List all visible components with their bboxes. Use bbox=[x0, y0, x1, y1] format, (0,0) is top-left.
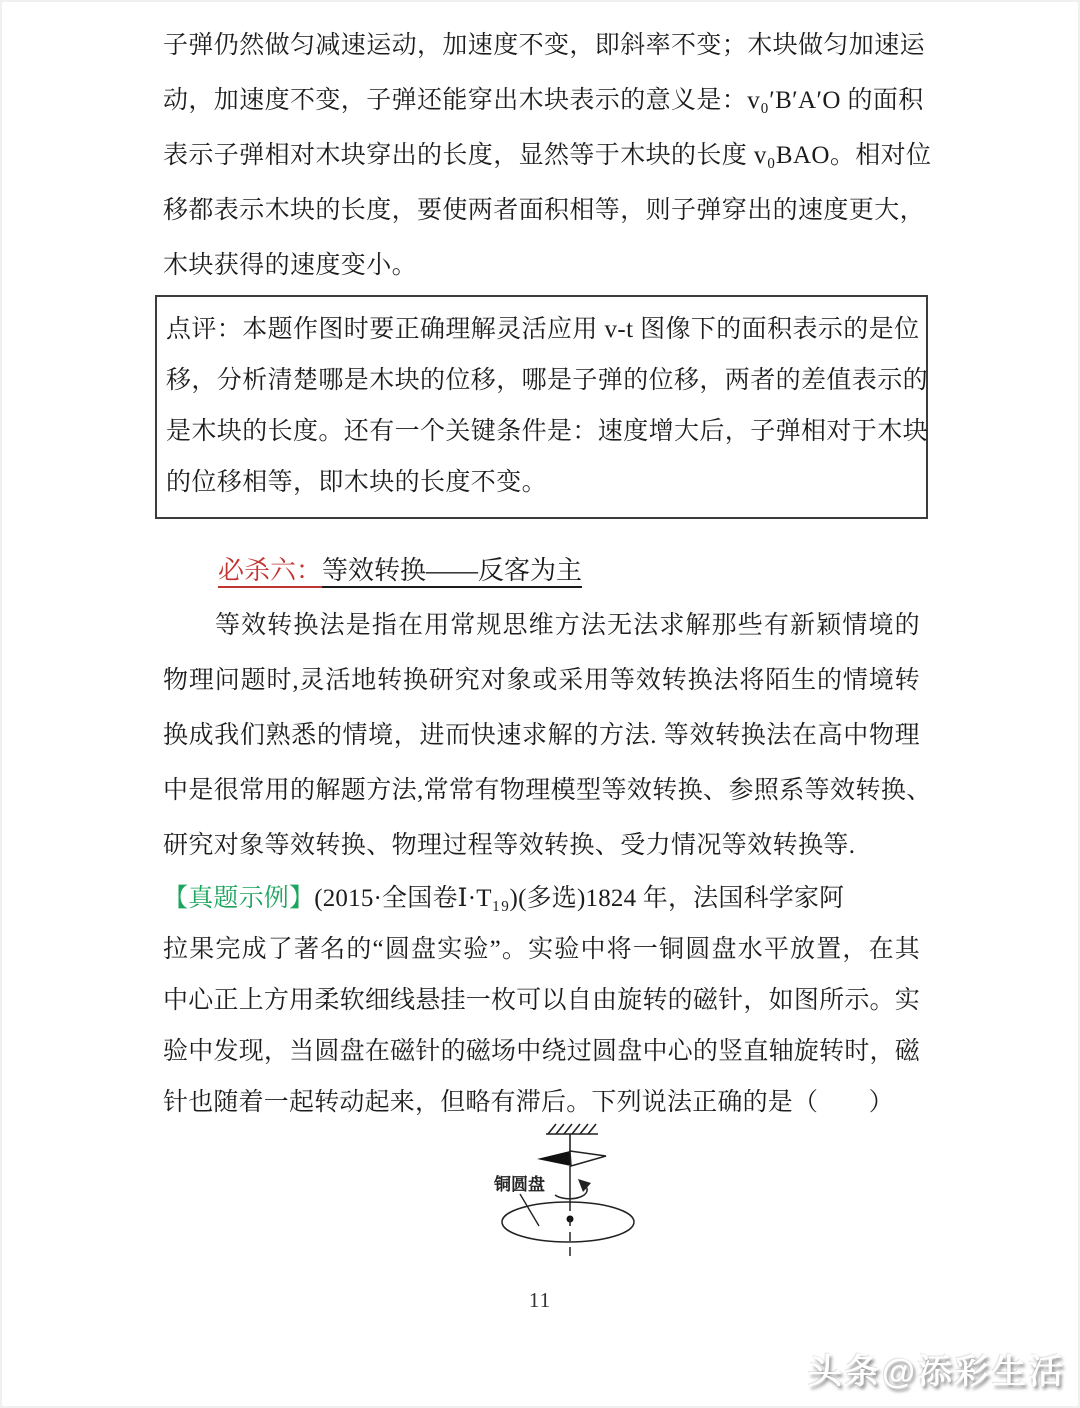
exam-example: 【真题示例】(2015·全国卷Ⅰ·T₁₉)(多选)1824 年，法国科学家阿 拉… bbox=[163, 873, 920, 1128]
text-line: 子弹仍然做匀减速运动，加速度不变，即斜率不变；木块做匀加速运 bbox=[163, 18, 920, 73]
text-line: 中心正上方用柔软细线悬挂一枚可以自由旋转的磁针，如图所示。实 bbox=[163, 975, 920, 1026]
section-heading: 必杀六：等效转换——反客为主 bbox=[163, 543, 920, 598]
document-page: 子弹仍然做匀减速运动，加速度不变，即斜率不变；木块做匀加速运动，加速度不变，子弹… bbox=[0, 0, 1080, 1408]
experiment-figure: 铜圆盘 bbox=[440, 1118, 720, 1268]
text-line: 移，分析清楚哪是木块的位移，哪是子弹的位移，两者的差值表示的 bbox=[166, 355, 917, 406]
text-line: 是木块的长度。还有一个关键条件是：速度增大后，子弹相对于木块 bbox=[166, 406, 917, 457]
text-line: 点评：本题作图时要正确理解灵活应用 v-t 图像下的面积表示的是位 bbox=[166, 304, 917, 355]
disk-experiment-diagram: 铜圆盘 bbox=[440, 1118, 720, 1268]
text-line: 木块获得的速度变小。 bbox=[163, 238, 920, 293]
comment-box: 点评：本题作图时要正确理解灵活应用 v-t 图像下的面积表示的是位移，分析清楚哪… bbox=[155, 295, 928, 519]
exam-example-first-line: 【真题示例】(2015·全国卷Ⅰ·T₁₉)(多选)1824 年，法国科学家阿 bbox=[163, 873, 920, 924]
method-lines: 等效转换法是指在用常规思维方法无法求解那些有新颖情境的物理问题时,灵活地转换研究… bbox=[163, 598, 920, 873]
text-line: 物理问题时,灵活地转换研究对象或采用等效转换法将陌生的情境转 bbox=[163, 653, 920, 708]
section-heading-title: 等效转换——反客为主 bbox=[322, 556, 582, 585]
exam-example-lines: 拉果完成了著名的“圆盘实验”。实验中将一铜圆盘水平放置，在其中心正上方用柔软细线… bbox=[163, 924, 920, 1128]
comment-box-lines: 点评：本题作图时要正确理解灵活应用 v-t 图像下的面积表示的是位移，分析清楚哪… bbox=[166, 304, 917, 508]
watermark: 头条@添彩生活 bbox=[808, 1344, 1066, 1393]
section-heading-number: 必杀六： bbox=[218, 556, 322, 585]
intro-paragraph: 子弹仍然做匀减速运动，加速度不变，即斜率不变；木块做匀加速运动，加速度不变，子弹… bbox=[163, 18, 920, 293]
method-paragraph: 等效转换法是指在用常规思维方法无法求解那些有新颖情境的物理问题时,灵活地转换研究… bbox=[163, 598, 920, 873]
text-line: 换成我们熟悉的情境，进而快速求解的方法. 等效转换法在高中物理 bbox=[163, 708, 920, 763]
text-line: 表示子弹相对木块穿出的长度，显然等于木块的长度 v₀BAO。相对位 bbox=[163, 128, 920, 183]
text-line: 等效转换法是指在用常规思维方法无法求解那些有新颖情境的 bbox=[163, 598, 920, 653]
text-line: 中是很常用的解题方法,常常有物理模型等效转换、参照系等效转换、 bbox=[163, 763, 920, 818]
ceiling-support-icon bbox=[546, 1124, 598, 1134]
rotation-arrow-icon bbox=[555, 1179, 591, 1199]
text-line: 动，加速度不变，子弹还能穿出木块表示的意义是：v₀′B′A′O 的面积 bbox=[163, 73, 920, 128]
page-content: 子弹仍然做匀减速运动，加速度不变，即斜率不变；木块做匀加速运动，加速度不变，子弹… bbox=[163, 18, 920, 1128]
exam-example-source: (2015·全国卷Ⅰ·T₁₉)(多选)1824 年，法国科学家阿 bbox=[314, 885, 844, 912]
disk-label: 铜圆盘 bbox=[493, 1174, 545, 1194]
text-line: 移都表示木块的长度，要使两者面积相等，则子弹穿出的速度更大， bbox=[163, 183, 920, 238]
exam-example-label: 【真题示例】 bbox=[163, 885, 314, 912]
text-line: 拉果完成了著名的“圆盘实验”。实验中将一铜圆盘水平放置，在其 bbox=[163, 924, 920, 975]
copper-disk bbox=[502, 1202, 634, 1242]
text-line: 验中发现，当圆盘在磁针的磁场中绕过圆盘中心的竖直轴旋转时，磁 bbox=[163, 1026, 920, 1077]
page-number: 11 bbox=[0, 1288, 1080, 1313]
text-line: 研究对象等效转换、物理过程等效转换、受力情况等效转换等. bbox=[163, 818, 920, 873]
text-line: 的位移相等，即木块的长度不变。 bbox=[166, 457, 917, 508]
magnetic-needle-icon bbox=[537, 1151, 606, 1166]
label-leader-line bbox=[520, 1194, 539, 1226]
